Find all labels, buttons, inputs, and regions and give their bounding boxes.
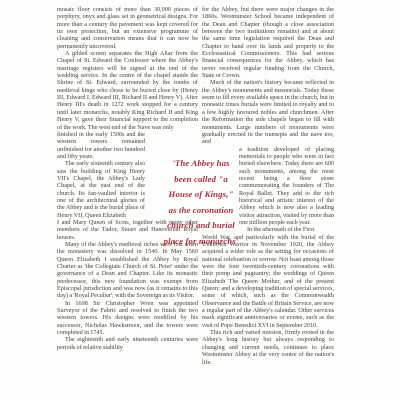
pullquote: 'The Abbey hasbeen called "aHouse of Kin… xyxy=(146,156,256,249)
paragraph: for the Abbey, but there were major chan… xyxy=(202,6,334,79)
paragraph: Much of the nation's history became refl… xyxy=(202,79,334,145)
left-column-top-block: mosaic floor consists of more than 30,00… xyxy=(57,6,198,131)
paragraph: The eighteenth and early nineteenth cent… xyxy=(57,336,198,351)
paragraph: mosaic floor consists of more than 30,00… xyxy=(57,6,198,50)
paragraph: In 1698 Sir Christopher Wren was appoint… xyxy=(57,300,198,337)
paragraph: finished in the early 1500s and the west… xyxy=(57,131,145,160)
paragraph: The early sixteenth century also saw the… xyxy=(57,160,145,219)
left-column-narrow-block: finished in the early 1500s and the west… xyxy=(57,131,145,219)
pullquote-line: church and burial xyxy=(146,218,256,234)
paragraph: This rich and varied mission, firmly roo… xyxy=(202,329,334,366)
pullquote-line: place for monarchs' xyxy=(146,234,256,250)
right-column-bottom-block: World War, and particularly with the bur… xyxy=(202,234,334,366)
pullquote-line: 'The Abbey has xyxy=(146,156,256,172)
paragraph: A gilded screen separates the High Altar… xyxy=(57,50,198,131)
right-column-top-block: for the Abbey, but there were major chan… xyxy=(202,6,334,146)
book-page: mosaic floor consists of more than 30,00… xyxy=(0,0,400,400)
pullquote-line: House of Kings," xyxy=(146,187,256,203)
pullquote-line: as the coronation xyxy=(146,203,256,219)
pullquote-line: been called "a xyxy=(146,172,256,188)
paragraph: Many of the Abbey's medieval riches were… xyxy=(57,241,198,300)
